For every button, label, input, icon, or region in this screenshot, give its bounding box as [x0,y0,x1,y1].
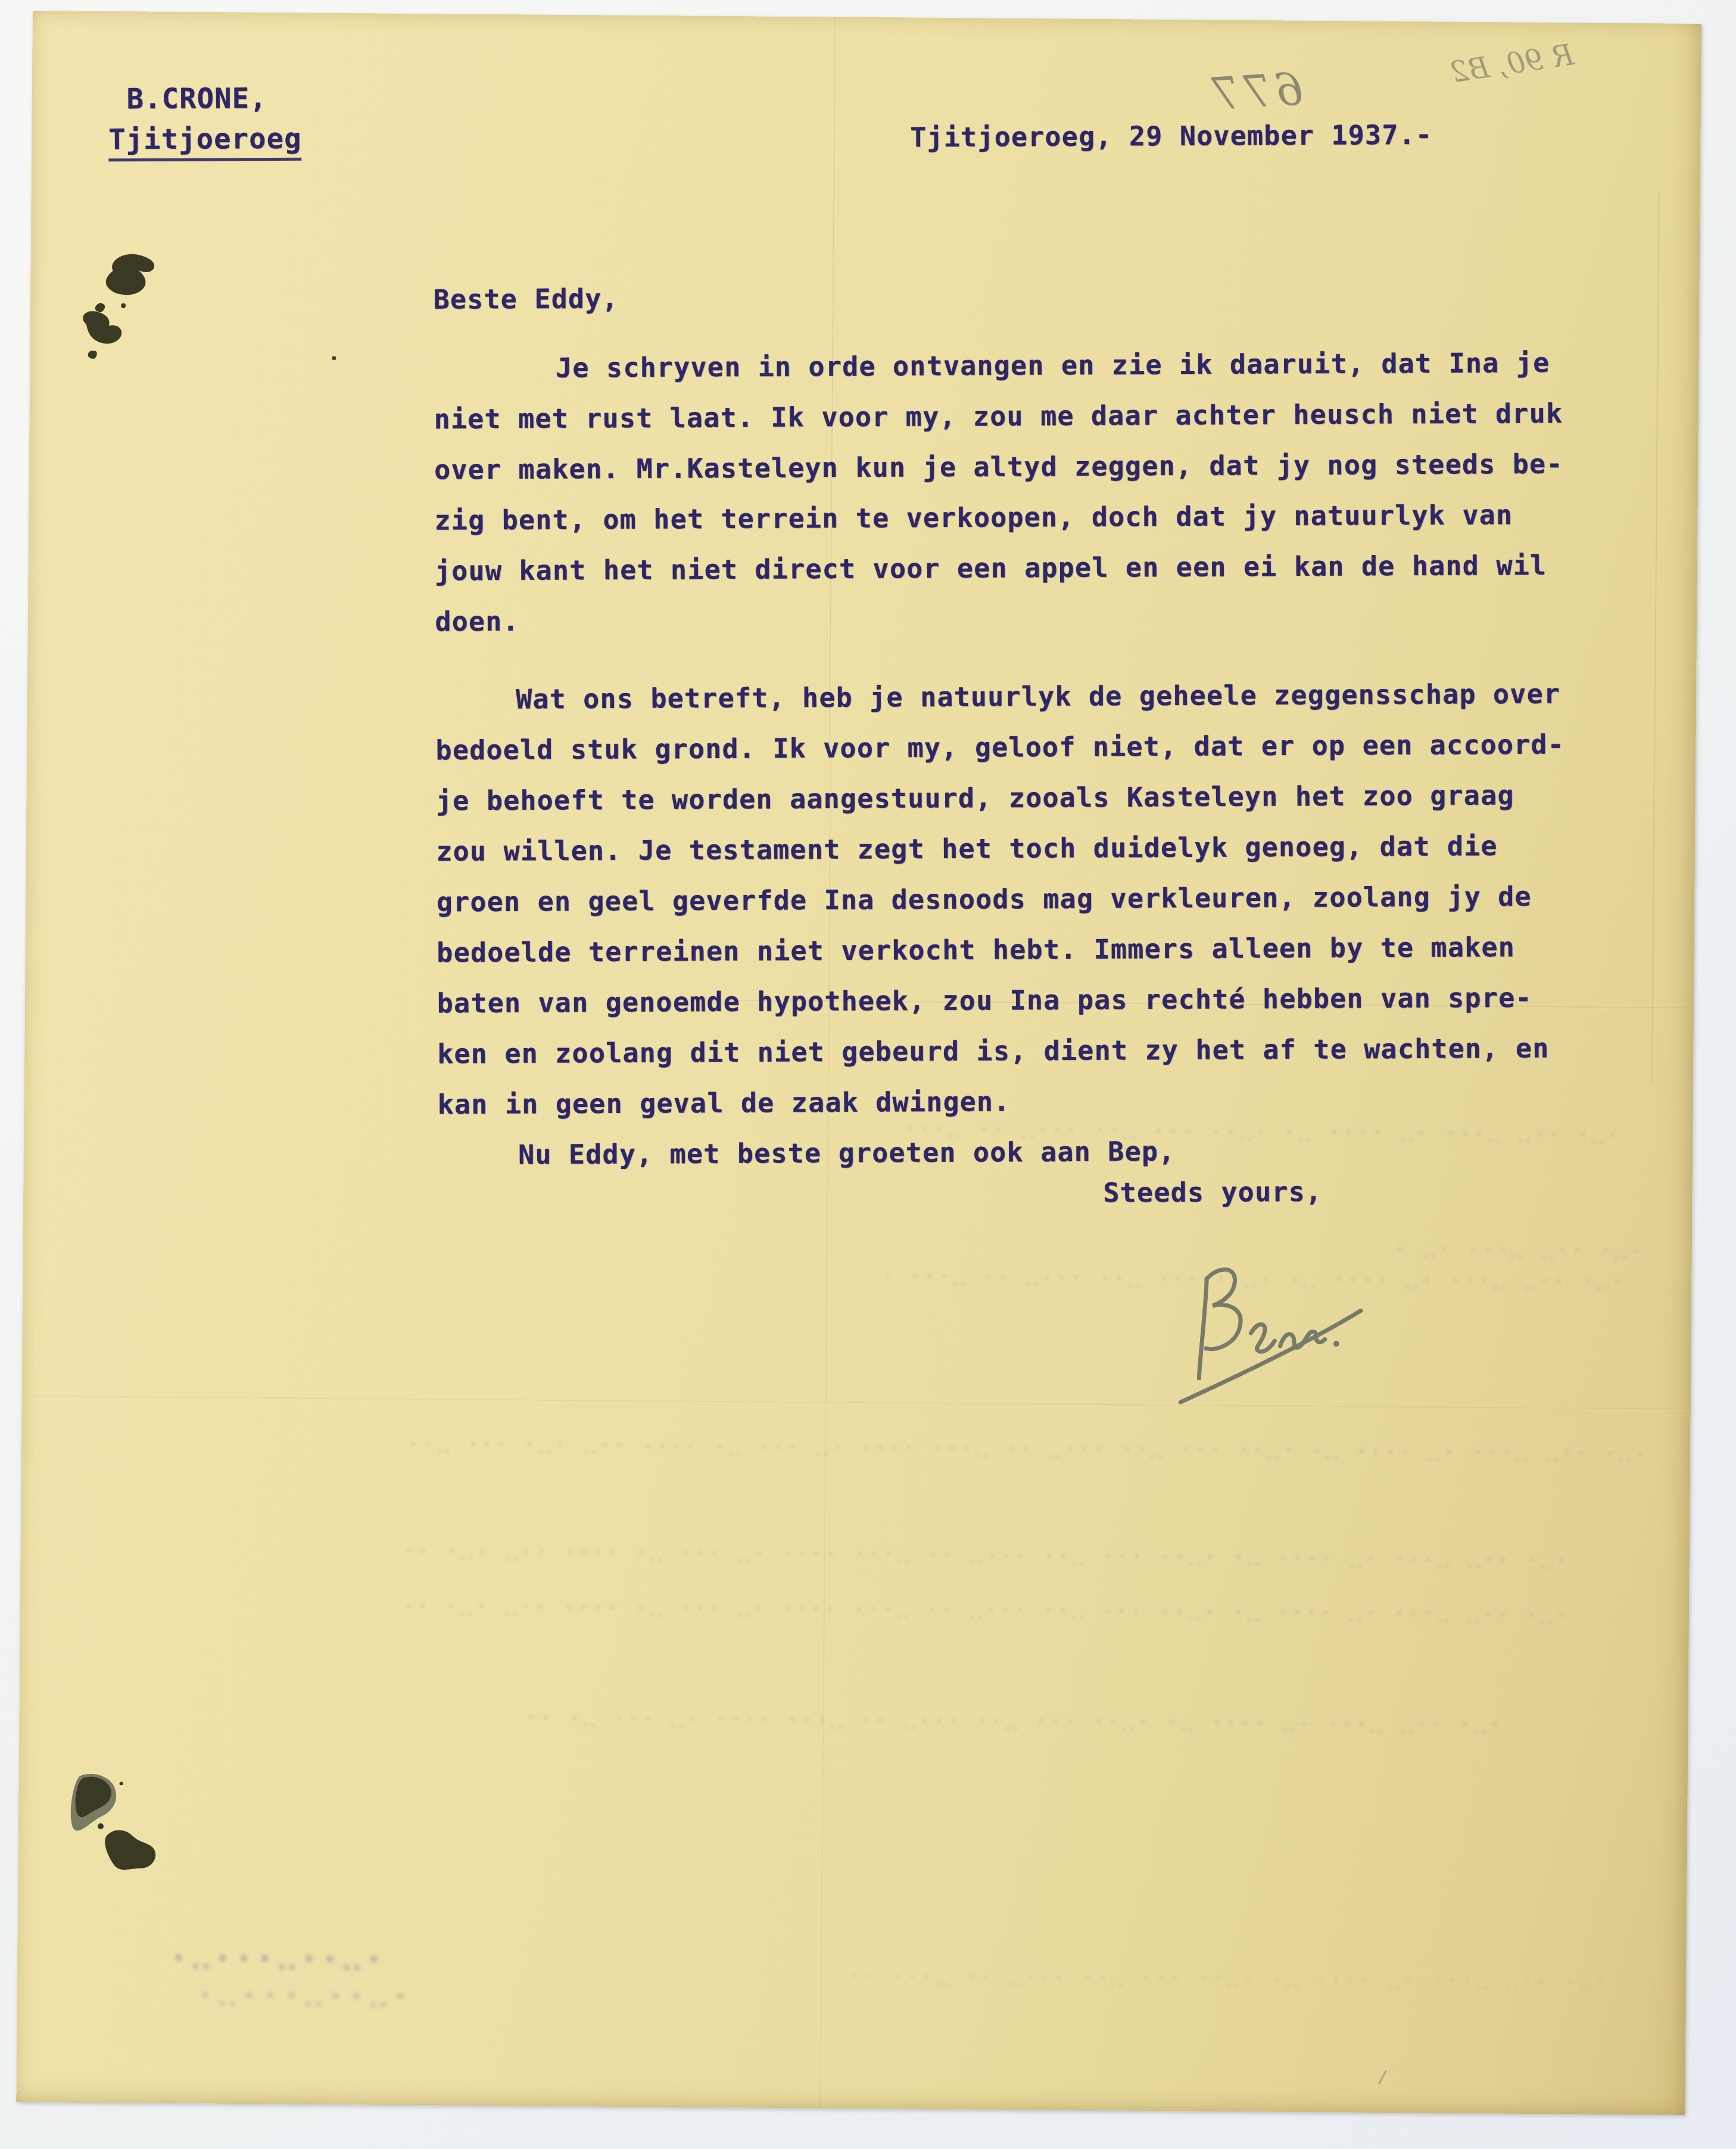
letter-line: baten van genoemde hypotheek, zou Ina pa… [437,972,1616,1028]
dateline: Tjitjoeroeg, 29 November 1937.- [910,119,1432,154]
handwritten-signature [1159,1227,1386,1419]
valediction: Steeds yours, [1103,1176,1322,1209]
letter-line: Je schryven in orde ontvangen en zie ik … [434,337,1613,394]
letter-line: doen. [435,590,1614,647]
letter-line: zou willen. Je testament zegt het toch d… [436,820,1615,877]
letter-line: over maken. Mr.Kasteleyn kun je altyd ze… [434,438,1613,495]
letter-line: je behoeft te worden aangestuurd, zooals… [436,769,1615,826]
letter-line: bedoeld stuk grond. Ik voor my, geloof n… [435,719,1615,775]
letter-line: jouw kant het niet direct voor een appel… [435,539,1614,596]
salutation: Beste Eddy, [433,283,618,316]
letter-line: kan in geen geval de zaak dwingen. [437,1073,1616,1130]
letter-line: Wat ons betreft, heb je natuurlyk de geh… [435,668,1615,725]
letterhead-sender-place: Tjitjoeroeg [108,123,302,162]
letter-line: ken en zoolang dit niet gebeurd is, dien… [437,1022,1616,1079]
letter-line: groen en geel geverfde Ina desnoods mag … [437,871,1616,927]
letter-line: zig bent, om het terrein te verkoopen, d… [434,489,1613,545]
letter-body: Je schryven in orde ontvangen en zie ik … [434,337,1617,1180]
typed-content-layer: B.CRONE, Tjitjoeroeg Tjitjoeroeg, 29 Nov… [33,2,1712,2102]
letter-line: bedoelde terreinen niet verkocht hebt. I… [437,921,1616,978]
letter-paper: 677 R 90, B2 ·‥· ··‥ ‥··· ·‥ ···· ‥· ·‥·… [16,11,1701,2115]
letterhead-sender-name: B.CRONE, [127,82,267,116]
scanned-letter-page: { "document_type": "Typewritten personal… [0,0,1736,2149]
letter-line: Nu Eddy, met beste groeten ook aan Bep, [438,1124,1617,1180]
letter-line: niet met rust laat. Ik voor my, zou me d… [434,388,1613,444]
